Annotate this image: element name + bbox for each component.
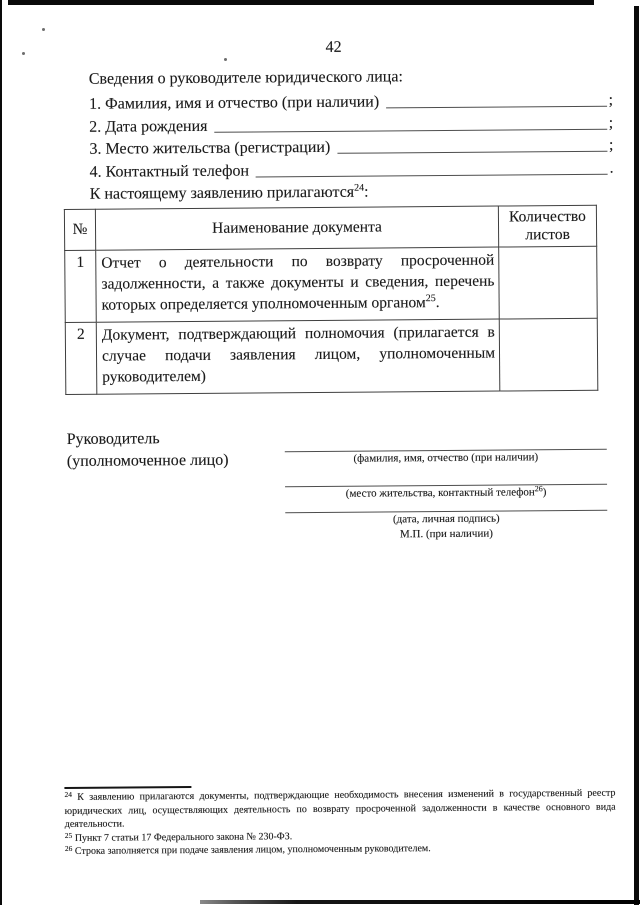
caption-address-close: ) [543, 486, 547, 498]
footnote-24: 24 К заявлению прилагаются документы, по… [64, 787, 615, 832]
table-row: 1 Отчет о деятельности по возврату проср… [65, 246, 598, 322]
row-number-cell: 2 [65, 322, 97, 394]
blank-fill-line [215, 128, 607, 133]
blank-fill-line [386, 105, 606, 109]
section-heading: Сведения о руководителе юридического лиц… [89, 68, 403, 88]
field-row-phone: 4. Контактный телефон . [89, 157, 613, 182]
field-label: 1. Фамилия, имя и отчество (при наличии) [89, 92, 379, 113]
footnote-24-ref: 24 [64, 790, 72, 799]
column-header-sheet-count: Количество листов [498, 205, 596, 247]
footnote-25-ref: 25 [65, 830, 73, 839]
row-number-cell: 1 [65, 250, 97, 322]
document-name-cell: Документ, подтверждающий полномочия (при… [96, 319, 500, 394]
signature-caption-address: (место жительства, контактный телефон26) [285, 485, 607, 502]
blank-fill-line [337, 150, 607, 154]
blank-fill-line [256, 173, 608, 178]
attachments-lead-text: К настоящему заявлению прилагаются [90, 184, 355, 203]
footnote-24-text: К заявлению прилагаются документы, подтв… [65, 788, 616, 830]
field-label: 4. Контактный телефон [90, 162, 250, 182]
field-terminator: ; [609, 91, 614, 110]
field-terminator: ; [609, 114, 614, 133]
page-content: 42 Сведения о руководителе юридического … [0, 0, 640, 905]
field-terminator: . [609, 159, 613, 178]
field-row-surname: 1. Фамилия, имя и отчество (при наличии)… [89, 89, 613, 114]
attachments-lead: К настоящему заявлению прилагаются24: [90, 184, 369, 204]
caption-address-text: (место жительства, контактный телефон [346, 486, 535, 499]
footnotes: 24 К заявлению прилагаются документы, по… [64, 787, 616, 859]
field-label: 3. Место жительства (регистрации) [89, 138, 330, 159]
field-row-residence: 3. Место жительства (регистрации) ; [89, 134, 613, 159]
stamp-note: М.П. (при наличии) [285, 526, 607, 543]
column-header-document-name: Наименование документа [95, 206, 498, 250]
document-name-cell: Отчет о деятельности по возврату просроч… [96, 247, 500, 322]
footnote-26-text: Строка заполняется при подаче заявления … [72, 843, 430, 857]
page-number: 42 [59, 37, 609, 59]
footnote-ref-25: 25 [426, 293, 436, 304]
documents-table: № Наименование документа Количество лист… [64, 205, 598, 395]
document-text: Документ, подтверждающий полномочия (при… [102, 324, 495, 386]
signature-caption-date: (дата, личная подпись) [285, 511, 607, 528]
signature-caption-name: (фамилия, имя, отчество (при наличии) [285, 450, 607, 467]
signature-role-line1: Руководитель [67, 428, 229, 451]
field-label: 2. Дата рождения [89, 117, 207, 137]
scanned-document-page: 42 Сведения о руководителе юридического … [0, 0, 640, 905]
footnote-ref-24: 24 [354, 183, 364, 194]
footnote-26-ref: 26 [65, 844, 73, 853]
sheet-count-cell [499, 246, 598, 319]
document-text-suffix: . [436, 294, 440, 311]
footnote-ref-26: 26 [535, 484, 543, 493]
table-row: 2 Документ, подтверждающий полномочия (п… [65, 318, 598, 394]
footnote-separator [64, 786, 191, 789]
field-row-birthdate: 2. Дата рождения ; [89, 112, 613, 137]
signature-block: (фамилия, имя, отчество (при наличии) (м… [285, 441, 608, 543]
footnote-25-text: Пункт 7 статьи 17 Федерального закона № … [72, 831, 292, 844]
field-terminator: ; [609, 136, 614, 155]
signature-role-line2: (уполномоченное лицо) [67, 450, 229, 473]
attachments-lead-colon: : [364, 184, 369, 201]
table-header-row: № Наименование документа Количество лист… [64, 205, 596, 250]
sheet-count-cell [499, 318, 598, 391]
signature-role: Руководитель (уполномоченное лицо) [67, 428, 229, 473]
column-header-number: № [64, 209, 95, 250]
